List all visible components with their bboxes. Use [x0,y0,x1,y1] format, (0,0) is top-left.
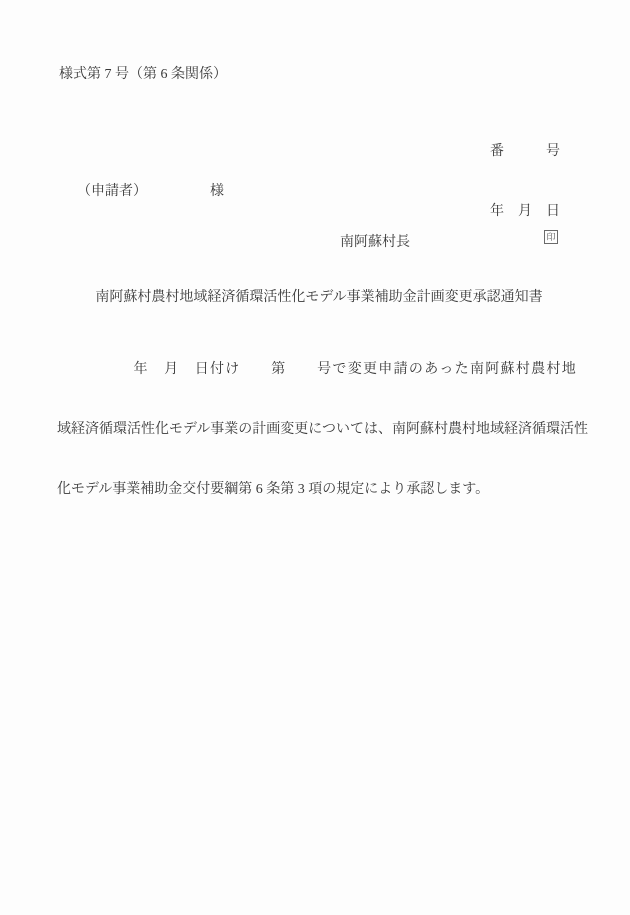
body-line-3: 化モデル事業補助金交付要綱第 6 条第 3 項の規定により承認します。 [57,480,588,500]
body-paragraph: 年 月 日付け 第 号で変更申請のあった南阿蘇村農村地 域経済循環活性化モデル事… [57,320,588,540]
date-line: 年 月 日 [490,202,560,222]
form-number-label: 様式第 7 号（第 6 条関係） [59,63,227,83]
body-line-2: 域経済循環活性化モデル事業の計画変更については、南阿蘇村農村地域経済循環活性 [57,420,588,440]
body-line-1: 年 月 日付け 第 号で変更申請のあった南阿蘇村農村地 [57,360,588,380]
reference-number-line: 番 号 [490,142,560,162]
document-page: 様式第 7 号（第 6 条関係） 番 号 年 月 日 （申請者） 様 南阿蘇村長… [0,0,630,915]
addressee-line: （申請者） 様 [77,180,224,200]
document-title: 南阿蘇村農村地域経済循環活性化モデル事業補助金計画変更承認通知書 [0,286,630,306]
sender-title: 南阿蘇村長 [340,231,410,251]
seal-mark: 印 [544,230,558,244]
